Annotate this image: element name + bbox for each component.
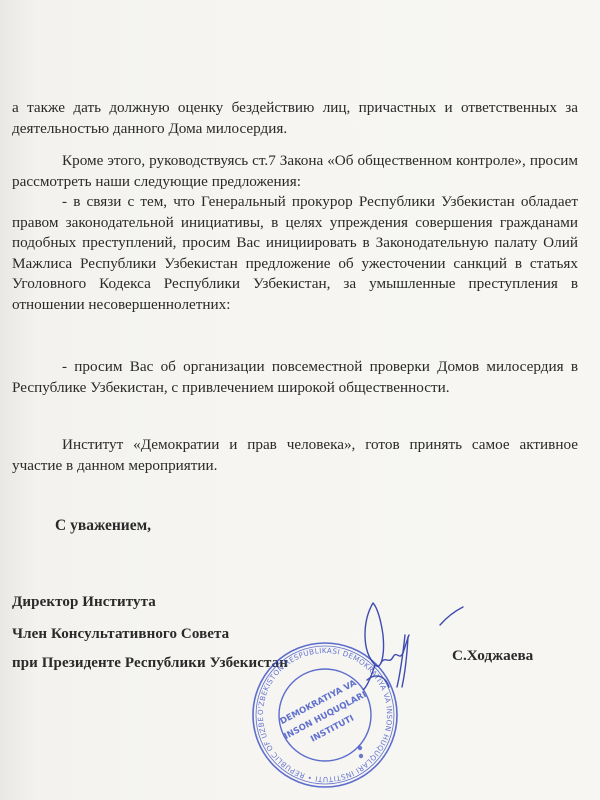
paragraph-proposals-intro: Кроме этого, руководствуясь ст.7 Закона …	[12, 151, 578, 192]
letter-page: а также дать должную оценку бездействию …	[0, 0, 600, 800]
paragraph-institute-offer: Институт «Демократии и прав человека», г…	[12, 435, 578, 476]
signatory-title-line: Директор Института	[12, 594, 156, 611]
closing-salutation: С уважением,	[55, 517, 151, 535]
paragraph-text: - в связи с тем, что Генеральный прокуро…	[12, 193, 578, 313]
handwritten-signature-icon	[345, 595, 465, 690]
paragraph-text: - просим Вас об организации повсеместной…	[12, 358, 578, 396]
paragraph-text: Институт «Демократии и прав человека», г…	[12, 436, 578, 474]
paragraph-text: Кроме этого, руководствуясь ст.7 Закона …	[12, 152, 578, 190]
paragraph-proposal-legislation: - в связи с тем, что Генеральный прокуро…	[12, 192, 578, 315]
signatory-title-line: при Президенте Республики Узбекистан	[12, 655, 288, 672]
paragraph-proposal-inspection: - просим Вас об организации повсеместной…	[12, 357, 578, 398]
paragraph-assessment: а также дать должную оценку бездействию …	[12, 98, 578, 139]
signatory-title-line: Член Консультативного Совета	[12, 626, 229, 643]
paragraph-text: а также дать должную оценку бездействию …	[12, 99, 578, 137]
